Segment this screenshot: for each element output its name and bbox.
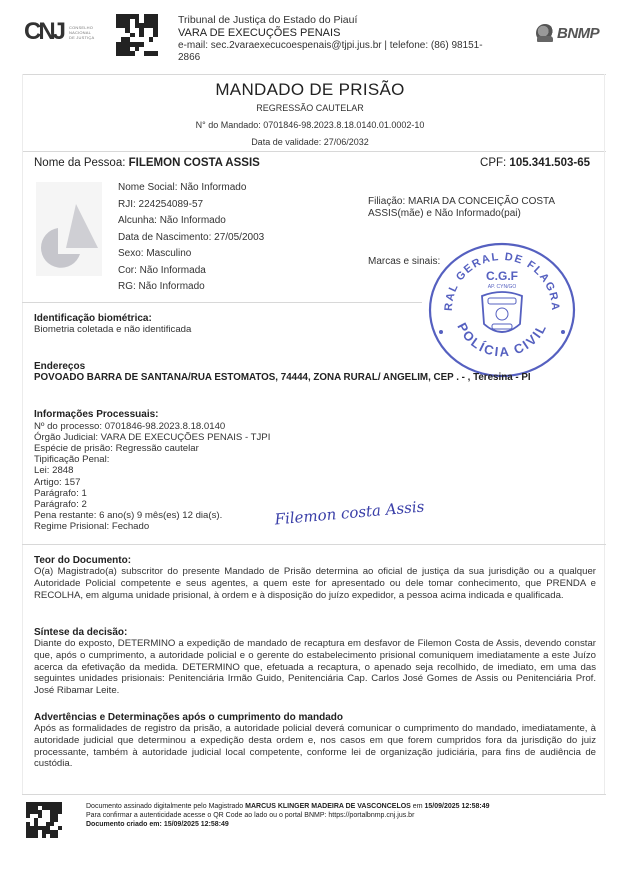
tipificacao-penal: Tipificação Penal: — [34, 454, 334, 465]
rji: RJI: 224254089-57 — [118, 197, 264, 214]
enderecos-section: Endereços POVOADO BARRA DE SANTANA/RUA E… — [34, 361, 614, 383]
especie-prisao: Espécie de prisão: Regressão cautelar — [34, 443, 334, 454]
police-stamp: CENTRAL GERAL DE FLAGRANTES POLÍCIA CIVI… — [424, 238, 580, 378]
footer-divider — [22, 794, 606, 795]
advertencias-section: Advertências e Determinações após o cump… — [34, 712, 596, 770]
cnj-logo: CNJ CONSELHO NACIONAL DE JUSTIÇA — [24, 18, 102, 46]
teor-section: Teor do Documento: O(a) Magistrado(a) su… — [34, 555, 596, 601]
advertencias-label: Advertências e Determinações após o cump… — [34, 712, 596, 723]
sexo: Sexo: Masculino — [118, 246, 264, 263]
biometria-text: Biometria coletada e não identificada — [34, 324, 191, 336]
document-title: MANDADO DE PRISÃO — [0, 80, 620, 100]
document-subtitle: REGRESSÃO CAUTELAR — [0, 103, 620, 113]
lei: Lei: 2848 — [34, 465, 334, 476]
cnj-logo-mark: CNJ — [24, 18, 63, 46]
rg: RG: Não Informado — [118, 279, 264, 296]
bnmp-wordmark: BNMP — [557, 25, 599, 42]
signed-by-line: Documento assinado digitalmente pelo Mag… — [86, 802, 606, 811]
sintese-section: Síntese da decisão: Diante do exposto, D… — [34, 627, 596, 697]
svg-text:POLÍCIA CIVIL: POLÍCIA CIVIL — [454, 320, 549, 359]
person-details: Nome Social: Não Informado RJI: 22425408… — [118, 180, 264, 296]
person-divider — [22, 302, 422, 303]
bnmp-logo: BNMP — [536, 20, 606, 46]
svg-text:Filemon costa Assis: Filemon costa Assis — [273, 497, 425, 528]
mandado-number: N° do Mandado: 0701846-98.2023.8.18.0140… — [0, 120, 620, 130]
digital-signature-info: Documento assinado digitalmente pelo Mag… — [86, 802, 606, 829]
placeholder-image-icon — [36, 182, 102, 276]
biometria-section: Identificação biométrica: Biometria cole… — [34, 313, 191, 336]
court-contact: e-mail: sec.2varaexecucoespenais@tjpi.ju… — [178, 40, 498, 64]
artigo: Artigo: 157 — [34, 477, 334, 488]
handwritten-signature: Filemon costa Assis — [272, 488, 472, 528]
teor-text: O(a) Magistrado(a) subscritor do present… — [34, 566, 596, 601]
advertencias-text: Após as formalidades de registro da pris… — [34, 723, 596, 770]
alcunha: Alcunha: Não Informado — [118, 213, 264, 230]
left-border — [22, 74, 23, 794]
right-border — [604, 74, 605, 794]
header-divider — [22, 74, 606, 75]
svg-text:AP. CYN/GO: AP. CYN/GO — [488, 284, 517, 290]
svg-text:C.G.F: C.G.F — [486, 269, 518, 283]
title-divider — [22, 151, 606, 152]
person-name: Nome da Pessoa: FILEMON COSTA ASSIS — [34, 157, 260, 169]
vara-name: VARA DE EXECUÇÕES PENAIS — [178, 27, 498, 40]
confirm-authenticity: Para confirmar a autenticidade acesse o … — [86, 811, 606, 820]
processo-divider — [22, 544, 606, 545]
sintese-text: Diante do exposto, DETERMINO a expedição… — [34, 638, 596, 697]
cnj-logo-caption: CONSELHO NACIONAL DE JUSTIÇA — [69, 25, 94, 40]
numero-processo: Nº do processo: 0701846-98.2023.8.18.014… — [34, 421, 334, 432]
person-cpf: CPF: 105.341.503-65 — [480, 157, 590, 169]
footer-qr-code[interactable] — [26, 802, 62, 838]
person-photo-placeholder — [36, 182, 102, 276]
cor: Cor: Não Informada — [118, 263, 264, 280]
enderecos-label: Endereços — [34, 361, 614, 372]
nome-social: Nome Social: Não Informado — [118, 180, 264, 197]
address-text: POVOADO BARRA DE SANTANA/RUA ESTOMATOS, … — [34, 372, 614, 383]
court-name: Tribunal de Justiça do Estado do Piauí — [178, 14, 498, 27]
teor-label: Teor do Documento: — [34, 555, 596, 566]
processo-label: Informações Processuais: — [34, 409, 334, 421]
header-qr-code — [116, 14, 158, 56]
filiacao: Filiação: MARIA DA CONCEIÇÃO COSTA ASSIS… — [368, 196, 588, 220]
data-nascimento: Data de Nascimento: 27/05/2003 — [118, 230, 264, 247]
validade-date: Data de validade: 27/06/2032 — [0, 137, 620, 147]
biometria-label: Identificação biométrica: — [34, 313, 191, 324]
bnmp-globe-icon — [536, 24, 554, 42]
court-header: Tribunal de Justiça do Estado do Piauí V… — [178, 14, 498, 64]
orgao-judicial: Órgão Judicial: VARA DE EXECUÇÕES PENAIS… — [34, 432, 334, 443]
created-at-line: Documento criado em: 15/09/2025 12:58:49 — [86, 820, 606, 829]
sintese-label: Síntese da decisão: — [34, 627, 596, 638]
